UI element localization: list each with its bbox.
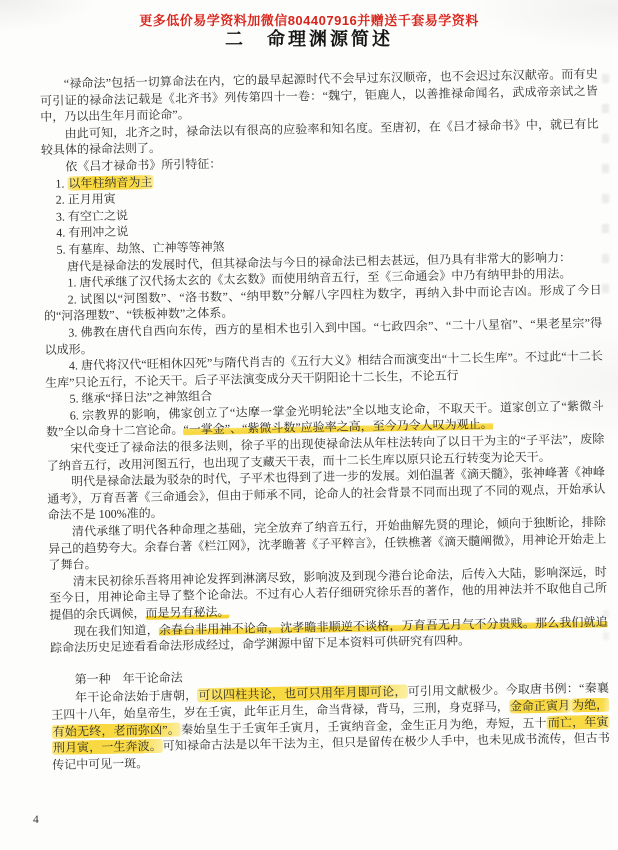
highlighted-text: 而是另有秘法。 [145,605,229,621]
scanned-book-page: 更多低价易学资料加微信804407916并赠送千套易学资料 二 命理渊源简述 “… [0,0,618,850]
text-run: 3. 有空亡之说 [56,208,128,223]
text-run: 1. [55,176,67,190]
text-run: 清末民初徐乐吾将用神论发挥到淋漓尽致，影响波及到现今港台论命法，后传入大陆，影响… [49,565,607,622]
text-run: 4. 有刑冲之说 [56,225,128,240]
paragraph: 年干论命法始于唐朝，可以四柱共论，也可只用年月即可论，可引用文献极少。今取唐书例… [51,680,610,773]
text-run: “禄命法”包括一切算命法在内，它的最早起源时代不会早过东汉顺帝，也不会迟过东汉献… [40,67,598,124]
page-number: 4 [33,814,39,826]
text-run: 2. 正月用寅 [56,192,116,207]
text-run: 清代承继了明代各种命理之基础，完全放弃了纳音五行，开始曲解先贤的理论，倾向于独断… [48,515,606,572]
scan-artifact [602,74,609,314]
highlighted-text: 可以四柱共论，也可只用年月即可论， [197,685,407,703]
text-run: 依《吕才禄命书》所引特征： [65,157,221,174]
text-run: 年干论命法始于唐朝， [75,689,198,705]
highlighted-text: 金命正寅月 [509,698,571,713]
text-run: 5. 有墓库、劫煞、亡神等等神煞 [56,240,224,257]
document-body: “禄命法”包括一切算命法在内，它的最早起源时代不会早过东汉顺帝，也不会迟过东汉献… [40,66,611,773]
page-title: 二 命理渊源简述 [0,25,618,51]
highlighted-text: 以年柱纳音为主 [67,175,153,191]
text-run: 5. 继承“择日法”之神煞组合 [69,389,212,406]
text-run: 现在我们知道， [74,623,159,639]
text-run: 第一种 年干论命法 [75,670,183,686]
text-run: 明代是禄命法最为驳杂的时代，子平术也得到了进一步的发展。刘伯温著《滴天髓》，张神… [47,465,605,522]
